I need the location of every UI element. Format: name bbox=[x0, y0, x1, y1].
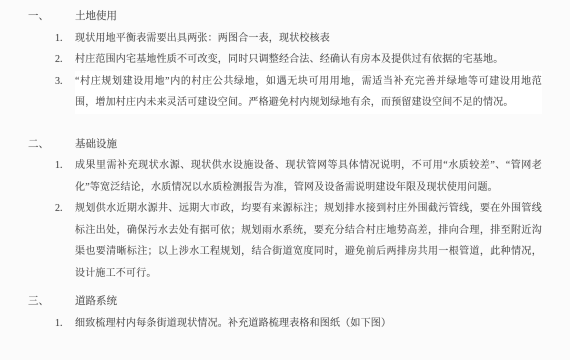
item-text: 规划供水近期水源井、远期大市政，均要有来源标注；规划排水接到村庄外围截污管线，要… bbox=[75, 198, 542, 284]
section-title: 土地使用 bbox=[75, 6, 117, 28]
item-number: 2. bbox=[55, 49, 75, 71]
item-text: 村庄范围内宅基地性质不可改变，同时只调整经合法、经确认有房本及提供过有依据的宅基… bbox=[75, 49, 542, 71]
section-infrastructure: 二、 基础设施 1. 成果里需补充现状水源、现状供水设施设备、现状管网等具体情况… bbox=[28, 134, 542, 285]
list-item: 2. 村庄范围内宅基地性质不可改变，同时只调整经合法、经确认有房本及提供过有依据… bbox=[55, 49, 542, 71]
item-number: 3. bbox=[55, 71, 75, 114]
section-header: 一、 土地使用 bbox=[28, 6, 542, 28]
item-number: 1. bbox=[55, 155, 75, 198]
section-header: 二、 基础设施 bbox=[28, 134, 542, 156]
item-text: 现状用地平衡表需要出具两张：两图合一表，现状校核表 bbox=[75, 28, 542, 50]
list-item: 1. 成果里需补充现状水源、现状供水设施设备、现状管网等具体情况说明，不可用“水… bbox=[55, 155, 542, 198]
section-road-system: 三、 道路系统 1. 细致梳理村内每条街道现状情况。补充道路梳理表格和图纸（如下… bbox=[28, 291, 542, 334]
item-number: 1. bbox=[55, 313, 75, 335]
item-number: 1. bbox=[55, 28, 75, 50]
list-item: 3. “村庄规划建设用地”内的村庄公共绿地，如遇无块可用用地，需适当补充完善并绿… bbox=[55, 71, 542, 114]
section-title: 道路系统 bbox=[75, 291, 117, 313]
item-number: 2. bbox=[55, 198, 75, 284]
section-number: 二、 bbox=[28, 134, 75, 156]
list-item: 1. 现状用地平衡表需要出具两张：两图合一表，现状校核表 bbox=[55, 28, 542, 50]
list-item: 1. 细致梳理村内每条街道现状情况。补充道路梳理表格和图纸（如下图） bbox=[55, 313, 542, 335]
item-text: 细致梳理村内每条街道现状情况。补充道路梳理表格和图纸（如下图） bbox=[75, 313, 542, 335]
item-text: 成果里需补充现状水源、现状供水设施设备、现状管网等具体情况说明，不可用“水质较差… bbox=[75, 155, 542, 198]
section-title: 基础设施 bbox=[75, 134, 117, 156]
document-page: 一、 土地使用 1. 现状用地平衡表需要出具两张：两图合一表，现状校核表 2. … bbox=[0, 0, 570, 360]
item-text: “村庄规划建设用地”内的村庄公共绿地，如遇无块可用用地，需适当补充完善并绿地等可… bbox=[75, 71, 542, 114]
section-number: 一、 bbox=[28, 6, 75, 28]
section-land-use: 一、 土地使用 1. 现状用地平衡表需要出具两张：两图合一表，现状校核表 2. … bbox=[28, 6, 542, 114]
section-number: 三、 bbox=[28, 291, 75, 313]
section-header: 三、 道路系统 bbox=[28, 291, 542, 313]
list-item: 2. 规划供水近期水源井、远期大市政，均要有来源标注；规划排水接到村庄外围截污管… bbox=[55, 198, 542, 284]
